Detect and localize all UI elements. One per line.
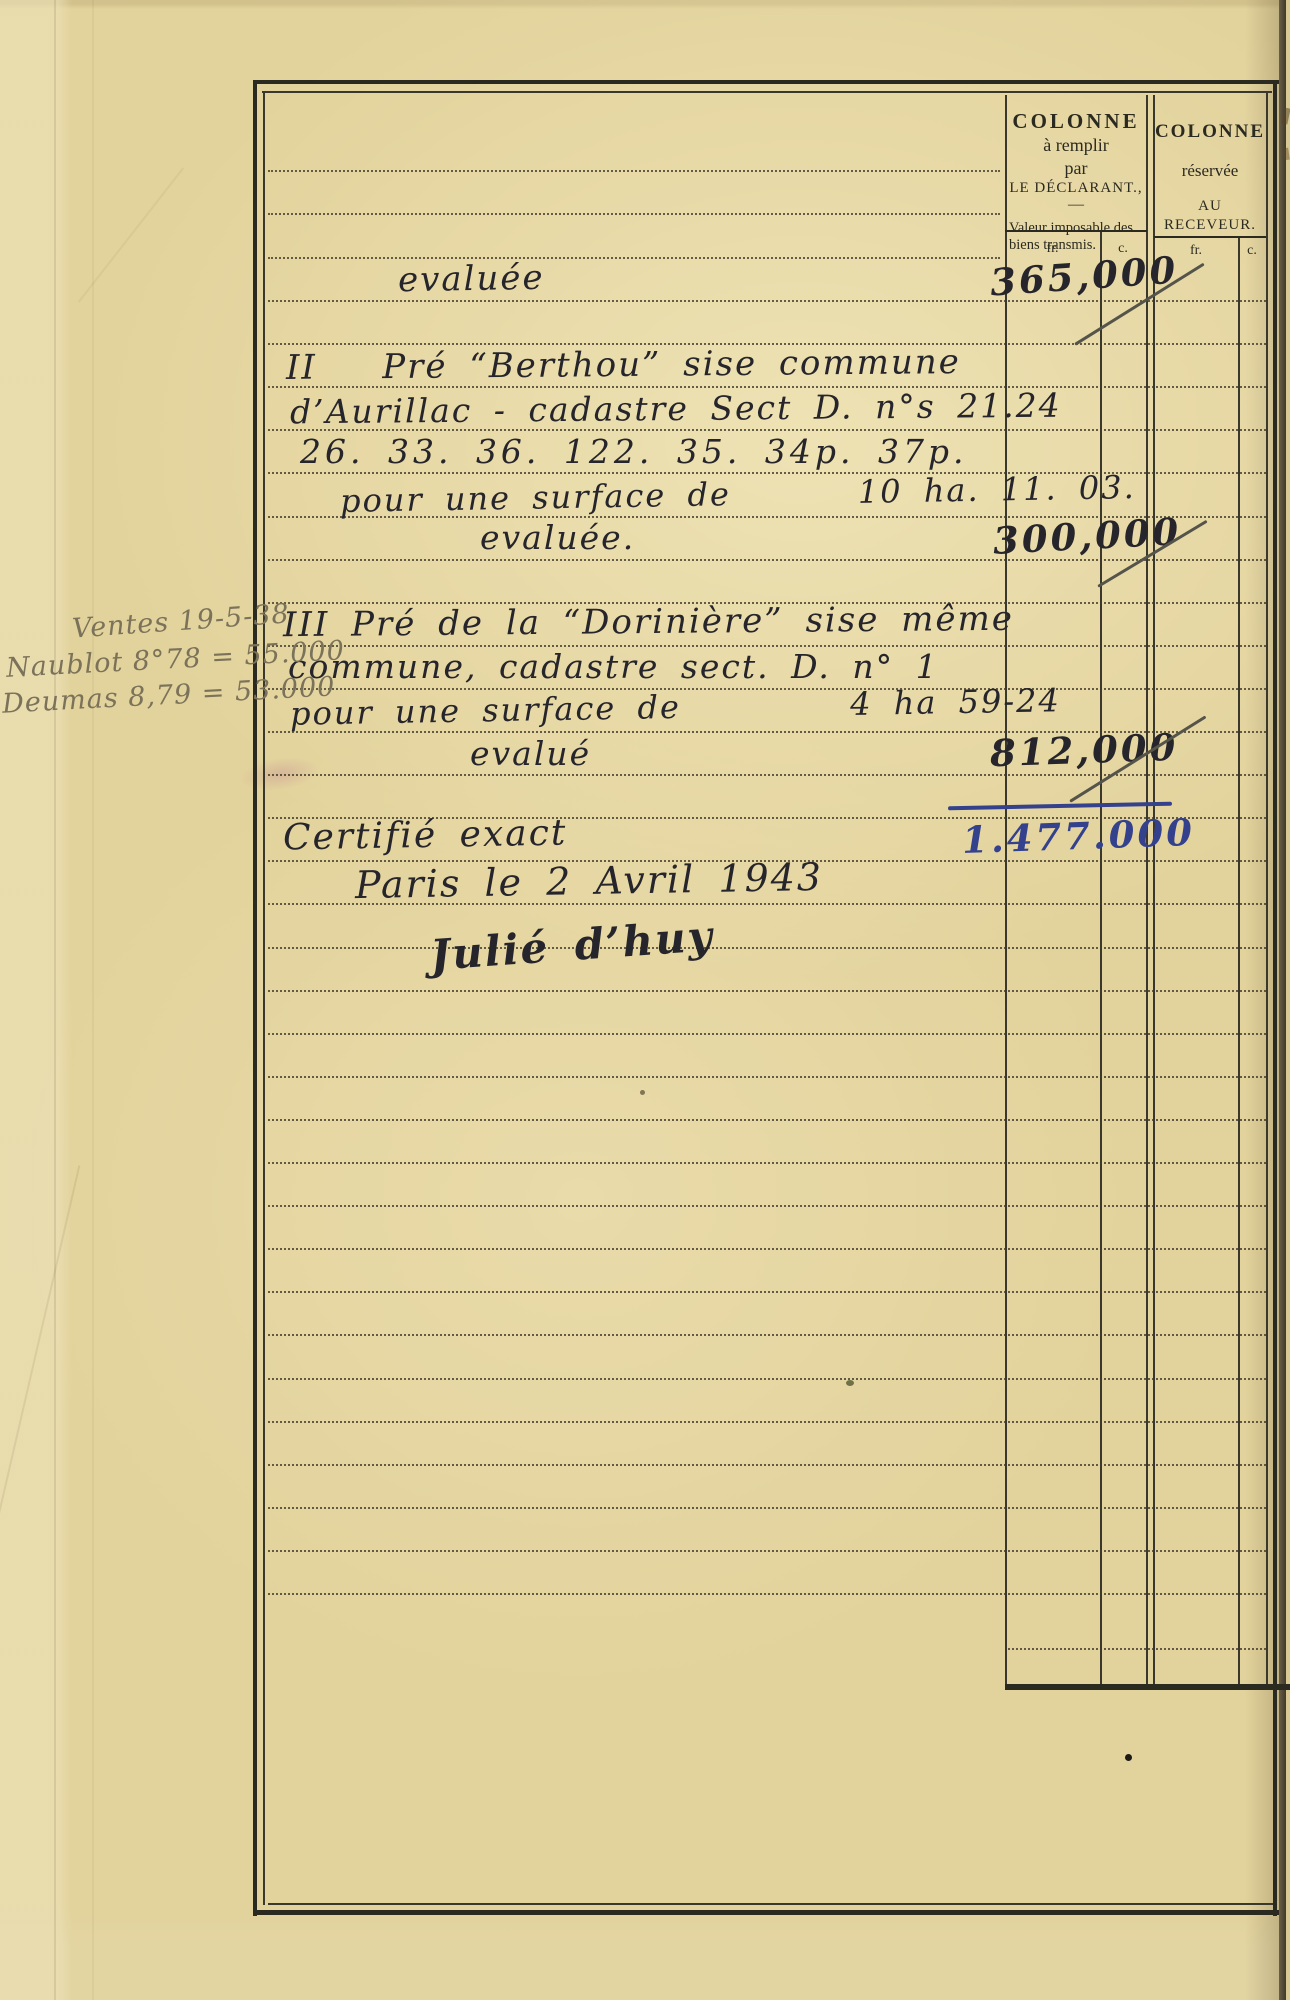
- ruled-line: [268, 990, 1266, 992]
- form-border-bottom-outer: [255, 1910, 1279, 1915]
- ruled-line: [268, 947, 1266, 949]
- document-page: COLONNE à remplir par LE DÉCLARANT., — V…: [0, 0, 1290, 2000]
- ruled-line: [268, 1550, 1266, 1552]
- form-border-top-outer: [253, 80, 1279, 84]
- ruled-line: [268, 1162, 1266, 1164]
- column-divider-line-b: [1153, 95, 1155, 1686]
- ruled-line: [268, 257, 1000, 259]
- signature: Julié d’huy: [429, 915, 715, 977]
- ruled-line: [1005, 1648, 1266, 1650]
- form-border-bottom-inner: [268, 1903, 1274, 1905]
- header-text: COLONNE: [1154, 120, 1266, 144]
- header-text: COLONNE: [1005, 108, 1147, 134]
- header-text: AU RECEVEUR.: [1154, 197, 1266, 235]
- entry-line: pour une surface de 10 ha. 11. 03.: [340, 471, 1136, 517]
- ruled-line: [268, 1205, 1266, 1207]
- ruled-line: [268, 1076, 1266, 1078]
- ruled-line: [268, 213, 1000, 215]
- entry-line: evaluée: [398, 261, 545, 298]
- ruled-line: [268, 1593, 1266, 1595]
- form-border-right-inner: [1266, 91, 1268, 1689]
- entry-line: II Pré “Berthou” sise commune: [286, 345, 961, 385]
- amounts-col-left-line: [1005, 95, 1007, 1686]
- form-border-left-inner: [263, 91, 265, 1905]
- margin-note-line: Ventes 19-5-38: [71, 600, 290, 642]
- ruled-line: [268, 1291, 1266, 1293]
- ruled-line: [268, 1378, 1266, 1380]
- entry-line: 26. 33. 36. 122. 35. 34p. 37p.: [300, 435, 968, 468]
- form-border-right-outer: [1273, 80, 1277, 1916]
- ruled-line: [268, 300, 1266, 302]
- total-underline: [948, 802, 1172, 810]
- ruled-line: [268, 559, 1266, 561]
- header-text: à remplir: [1005, 134, 1147, 157]
- entry-line: evalué: [470, 737, 591, 770]
- page-edge-shadow: [1279, 0, 1286, 2000]
- receveur-c-label: c.: [1238, 243, 1266, 259]
- certification-line: Certifié exact: [283, 816, 568, 857]
- header-text: par: [1005, 157, 1147, 180]
- receveur-header-underline: [1154, 236, 1266, 238]
- form-border-top-inner: [262, 91, 1272, 93]
- ruled-line: [268, 1248, 1266, 1250]
- paper-speck: [1125, 1754, 1132, 1761]
- paper-speck: [640, 1090, 645, 1095]
- entry-line: III Pré de la “Dorinière” sise même: [283, 602, 1014, 642]
- entry-line: pour une surface de 4 ha 59-24: [290, 684, 1061, 729]
- form-border-left-outer: [253, 80, 257, 1916]
- ruled-line: [268, 170, 1000, 172]
- ruled-line: [268, 1033, 1266, 1035]
- header-dash: —: [1005, 198, 1147, 212]
- ruled-line: [268, 1421, 1266, 1423]
- receveur-column-header: COLONNE réservée AU RECEVEUR.: [1154, 120, 1266, 235]
- ruled-line: [268, 1507, 1266, 1509]
- date-line: Paris le 2 Avril 1943: [355, 858, 824, 904]
- entry-line: commune, cadastre sect. D. n° 1: [288, 650, 939, 683]
- column-divider-line-a: [1146, 95, 1148, 1686]
- ruled-line: [268, 1119, 1266, 1121]
- ruled-line: [268, 1334, 1266, 1336]
- receveur-fr-c-divider: [1238, 237, 1240, 1686]
- amounts-table-bottom-rule: [1005, 1684, 1290, 1690]
- fold-crease: [54, 0, 56, 2000]
- declarant-fr-c-divider: [1100, 232, 1102, 1686]
- entry-line: d’Aurillac - cadastre Sect D. n°s 21.24: [290, 389, 1062, 429]
- paper-speck: [846, 1380, 854, 1386]
- fold-crease: [92, 0, 94, 2000]
- entry-line: evaluée.: [480, 521, 635, 554]
- fold-crease: [0, 1165, 80, 1584]
- ruled-line: [268, 774, 1266, 776]
- declarant-header-underline: [1005, 230, 1147, 232]
- ruled-line: [268, 1464, 1266, 1466]
- next-page-sliver: [1286, 0, 1290, 2000]
- header-text: réservée: [1154, 160, 1266, 181]
- total-amount: 1.477.000: [961, 814, 1195, 859]
